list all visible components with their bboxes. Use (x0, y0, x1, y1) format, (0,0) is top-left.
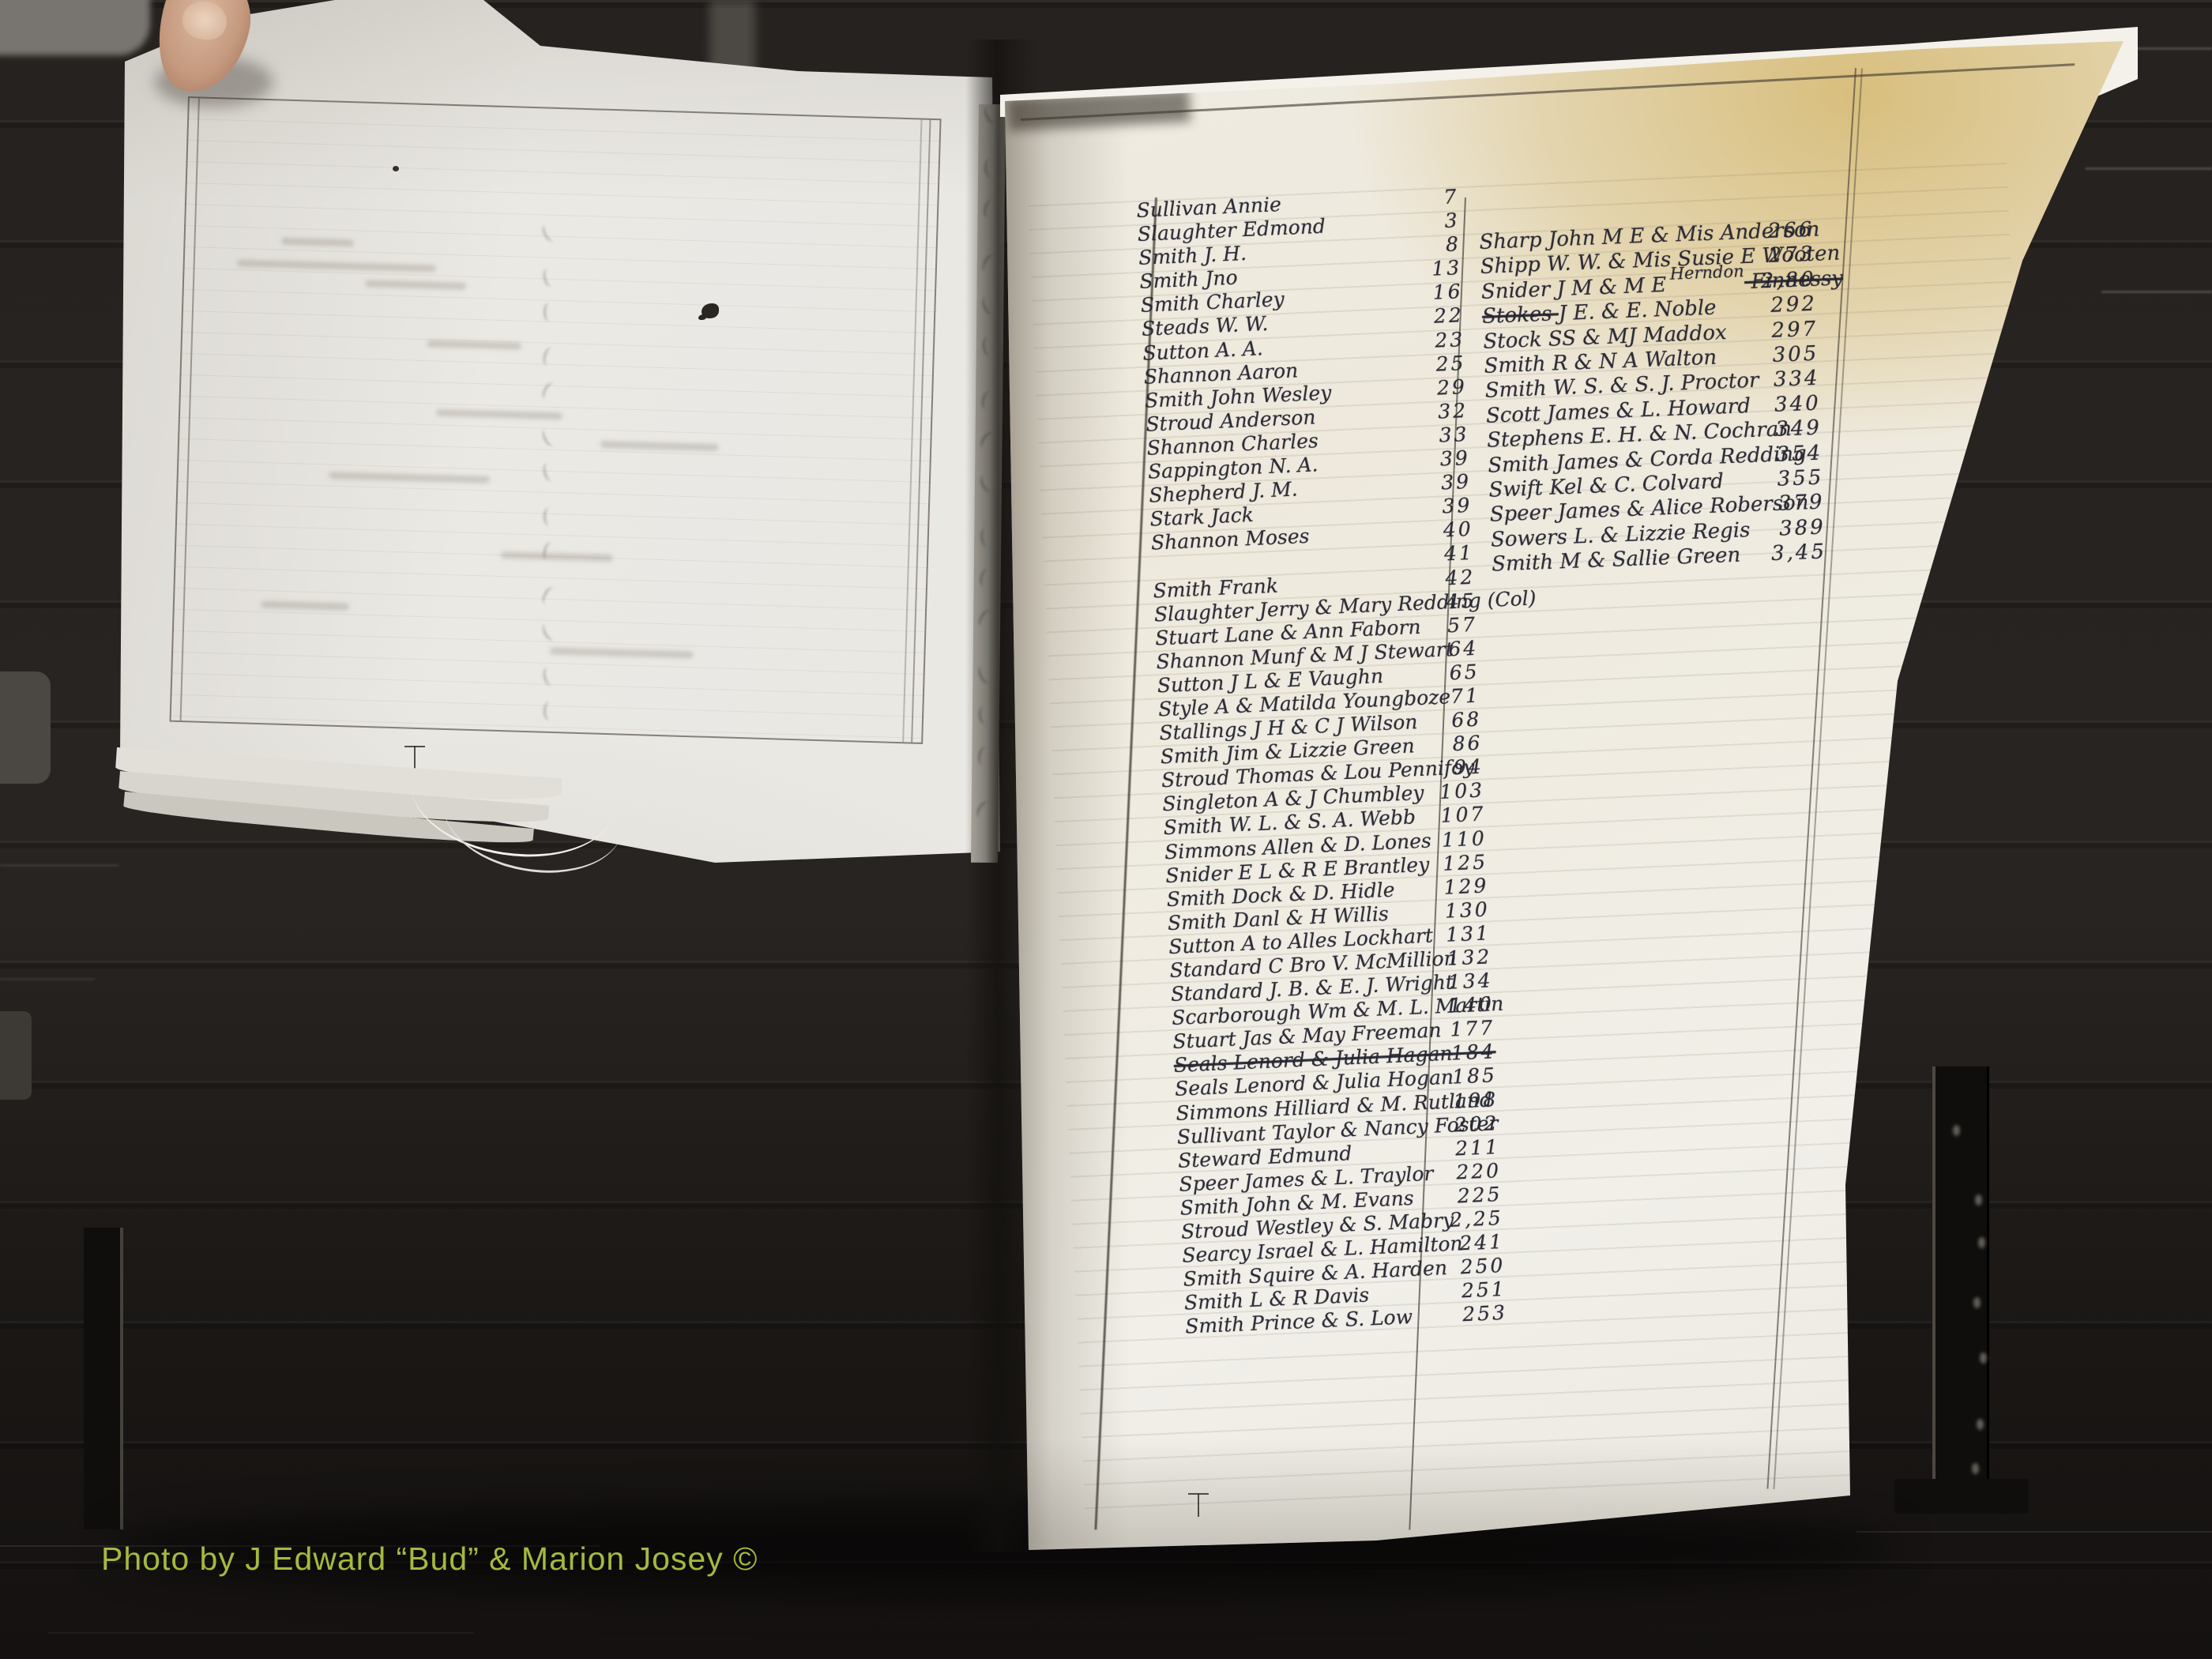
background-groove (0, 864, 118, 867)
background-groove (2086, 167, 2212, 170)
background-object (0, 0, 150, 55)
index-list-overflow: Sharp John M E & Mis Anderson266Shipp W.… (1479, 218, 1827, 577)
photo-scene: Sullivan Annie7Slaughter Edmond3Smith J.… (0, 0, 2212, 1659)
binder-strap-foot (1894, 1479, 2029, 1514)
binder-strap (1932, 1066, 1989, 1510)
background-groove (0, 978, 95, 980)
table-edge-highlight (1856, 1531, 2212, 1533)
background-groove (2101, 291, 2212, 293)
index-list-main: Sullivan Annie7Slaughter Edmond3Smith J.… (1136, 185, 1508, 1339)
register-mark-right (1198, 1493, 1199, 1517)
ink-speck (393, 166, 399, 171)
register-mark-left (414, 746, 416, 769)
binder-bracket (0, 671, 51, 784)
ink-blot (702, 303, 719, 318)
table-scratch (47, 1632, 474, 1634)
bleedthrough-marks (540, 223, 562, 757)
photo-credit: Photo by J Edward “Bud” & Marion Josey © (101, 1540, 758, 1578)
binder-post (84, 1228, 123, 1529)
binder-bracket (0, 1011, 32, 1100)
fingernail (179, 0, 231, 43)
